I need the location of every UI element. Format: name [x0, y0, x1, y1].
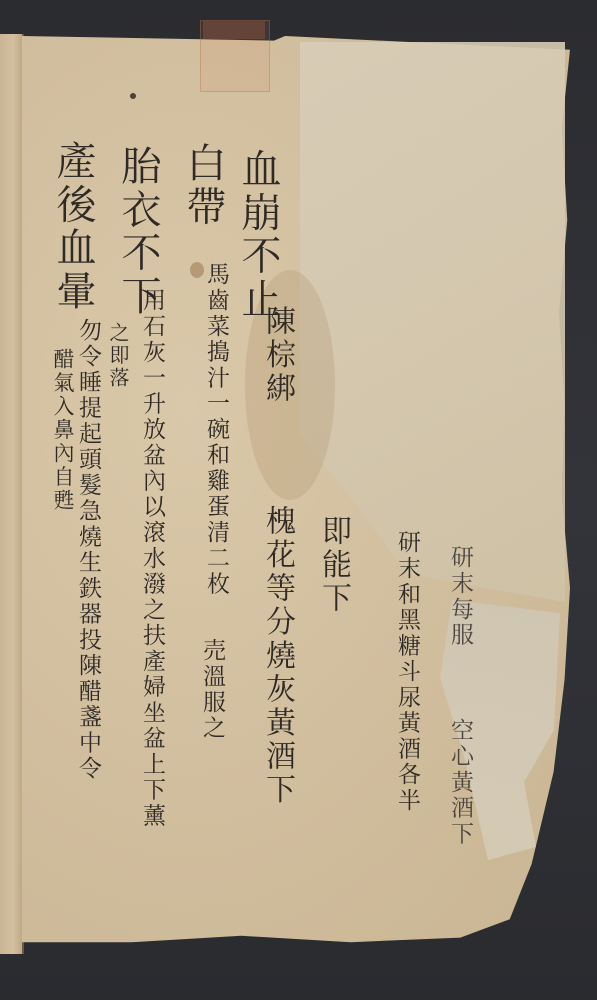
- section-heading: 產後血暈: [53, 140, 93, 313]
- red-seal-stamp-top: [203, 21, 265, 39]
- section-heading: 白帶: [183, 142, 223, 228]
- column-text: 用石灰一升放盆內以滾水潑之扶產婦坐盆上下薰: [140, 288, 163, 829]
- column-text: 研末每服: [448, 545, 471, 648]
- column-text: 槐花等分燒灰黃酒下: [262, 505, 292, 807]
- previous-page-edge: [0, 34, 24, 954]
- ink-dot: [130, 93, 136, 99]
- column-text: 売溫服之: [200, 638, 223, 741]
- column-text-continuation: 空心黃酒下: [448, 718, 471, 847]
- section-heading: 血崩不止: [238, 148, 278, 321]
- column-text: 馬齒菜搗汁一碗和雞蛋清二枚: [204, 262, 227, 597]
- column-text: 即能下: [318, 515, 348, 616]
- column-text: 陳棕綁: [262, 305, 292, 406]
- column-text: 研末和黑糖斗尿黃酒各半: [395, 530, 418, 813]
- column-note: 之即落: [108, 322, 128, 389]
- ink-blot: [190, 262, 204, 278]
- column-text: 勿令睡提起頭髮急燒生鉄器投陳醋盞中令: [76, 318, 99, 782]
- column-note: 醋氣入鼻內自甦: [52, 348, 73, 513]
